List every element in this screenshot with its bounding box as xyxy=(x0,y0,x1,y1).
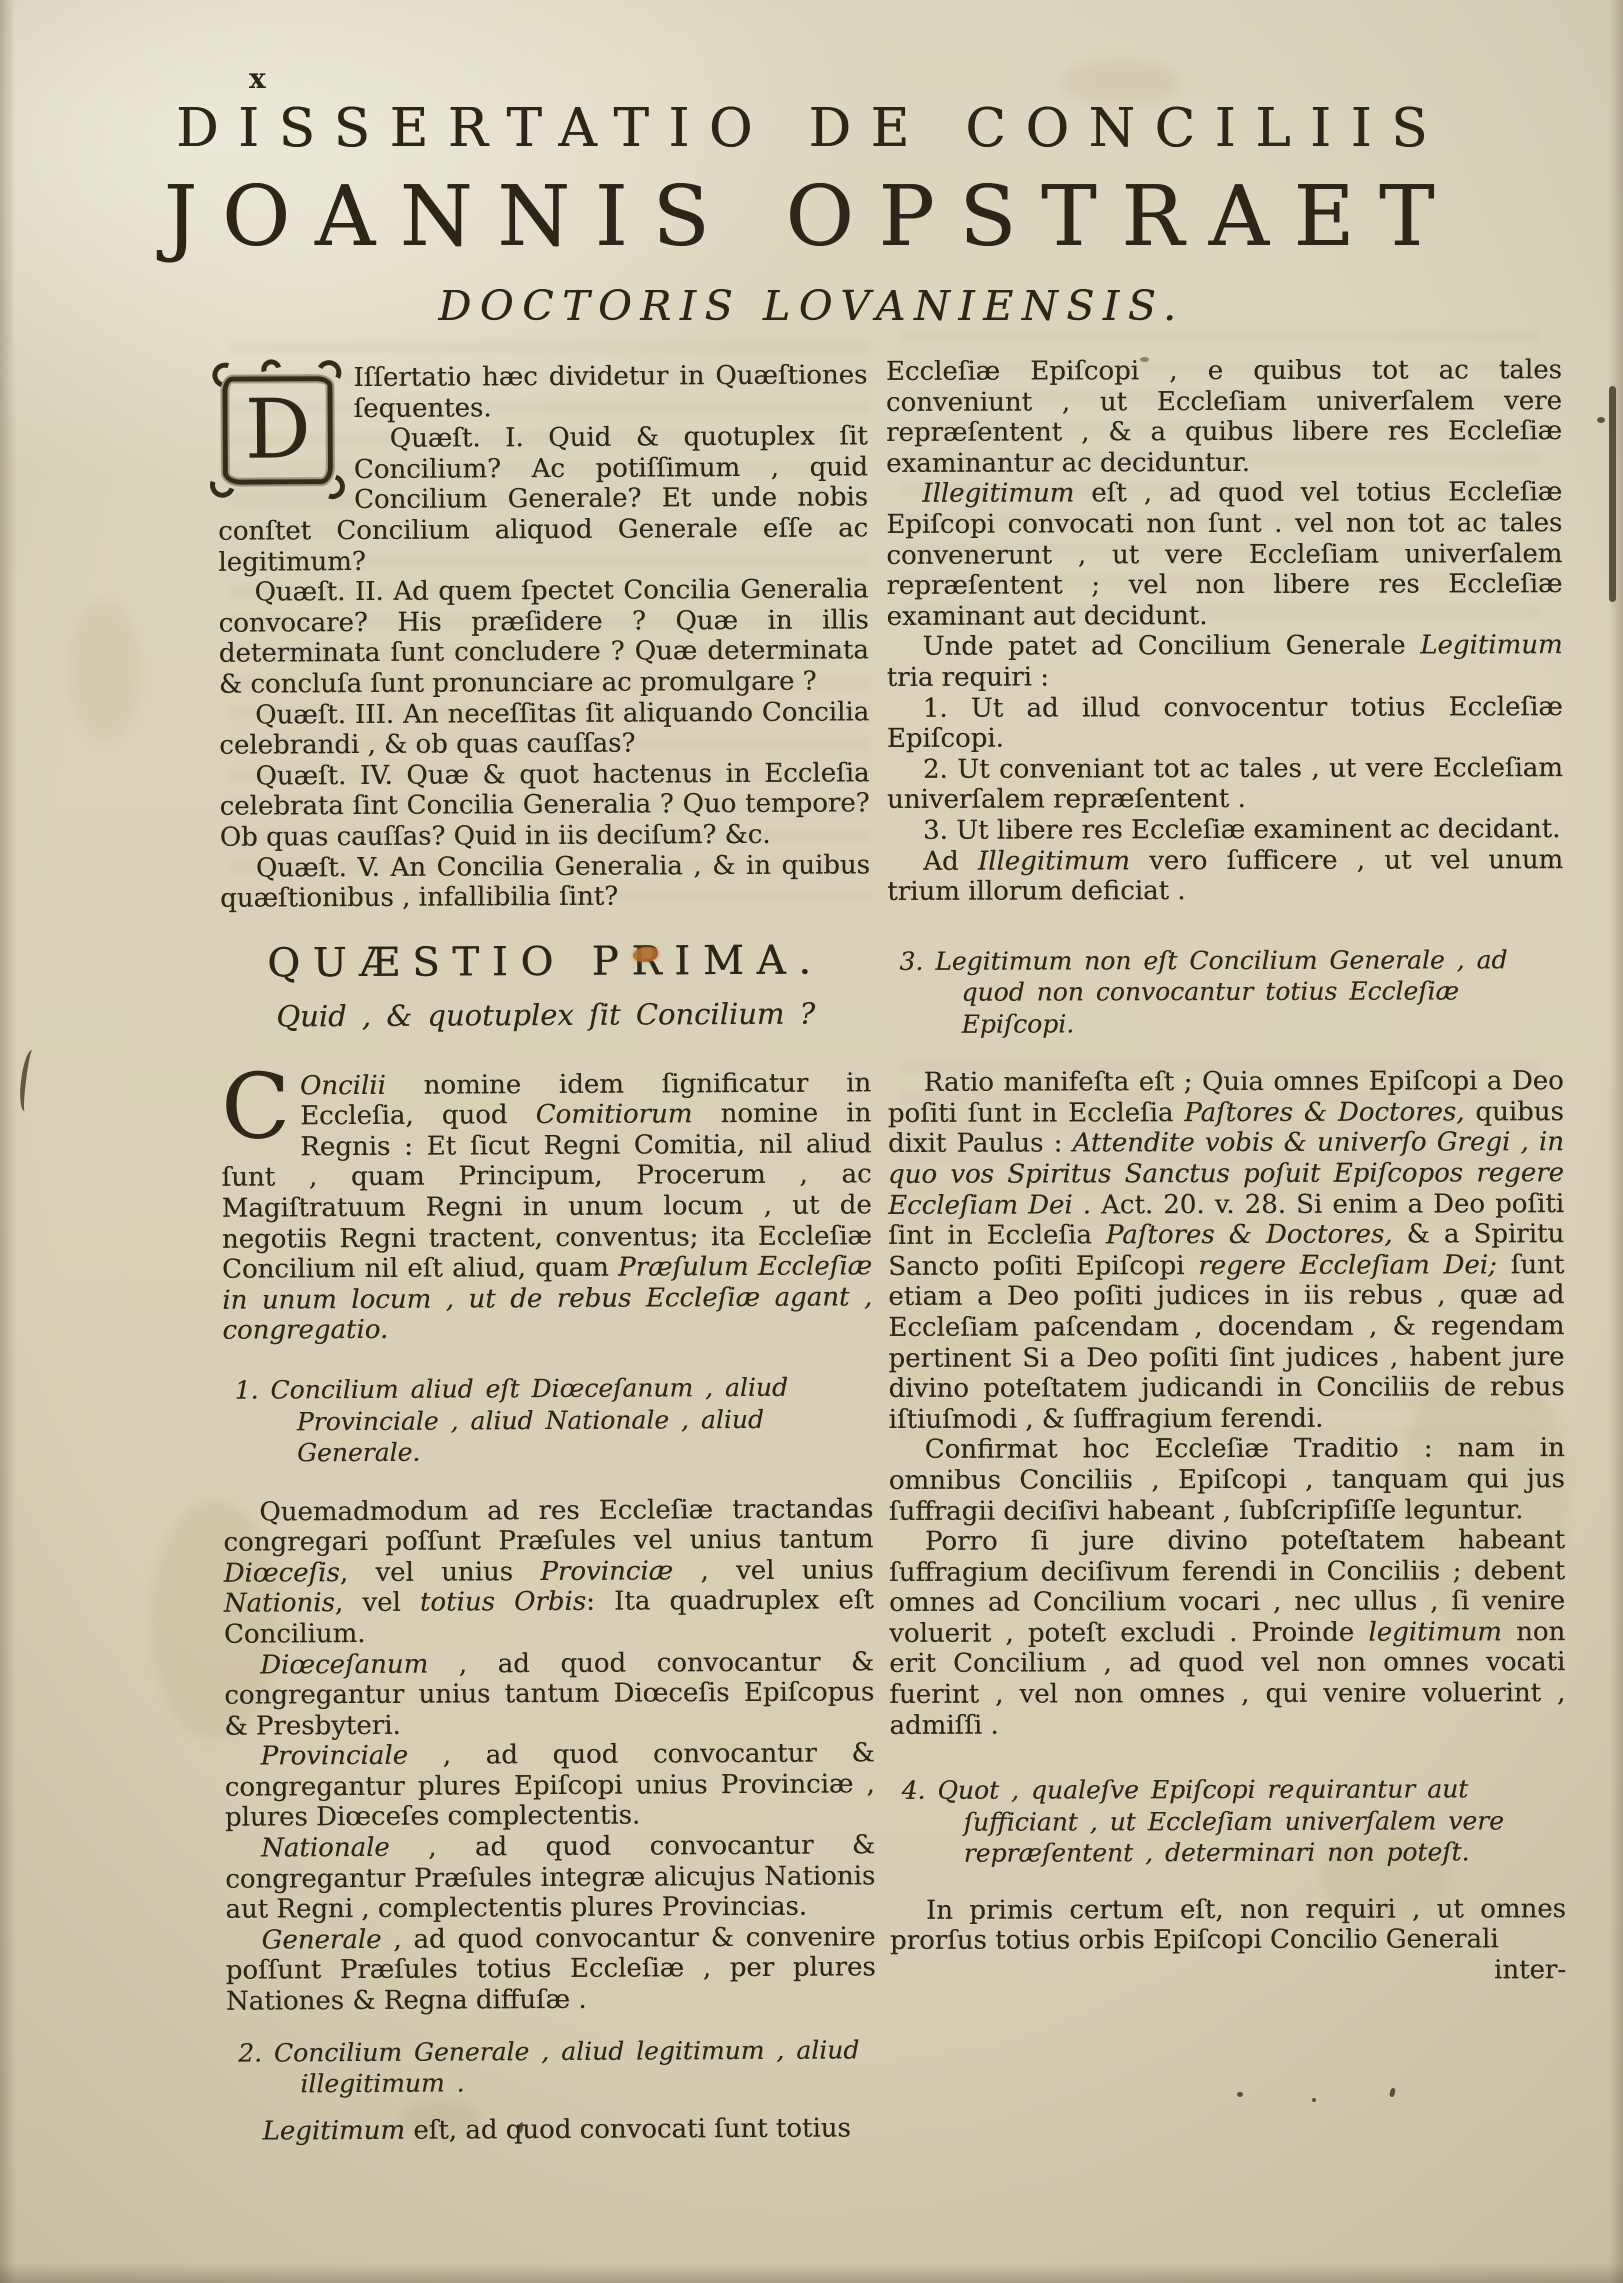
scan-edge-left xyxy=(0,0,16,2283)
list-item-requisite-2: 2. Ut conveniant tot ac tales , ut vere … xyxy=(887,753,1563,816)
paragraph-unde-patet: Unde patet ad Concilium Generale Legitim… xyxy=(887,630,1563,693)
series-title: DISSERTATIO DE CONCILIIS xyxy=(30,98,1593,159)
paragraph-ratio: Ratio manifeſta eſt ; Quia omnes Epiſcop… xyxy=(888,1066,1565,1435)
paragraph-quaest-2: Quæſt. II. Ad quem ſpectet Concilia Gene… xyxy=(218,574,869,700)
foxing-stain xyxy=(70,600,140,740)
paragraph-quaest-3: Quæſt. III. An neceſſitas ſit aliquando … xyxy=(219,697,869,762)
signature-mark: x xyxy=(249,62,267,95)
paragraph-nationale: Nationale , ad quod convocantur & congre… xyxy=(225,1830,875,1925)
ink-speck xyxy=(1312,2098,1316,2102)
ornamental-drop-cap-frame: D xyxy=(217,371,338,490)
paragraph-porro: Porro ſi jure divino poteſtatem habeant … xyxy=(889,1525,1566,1741)
paragraph-legitimum: Legitimum eſt, ad quod convocati ſunt to… xyxy=(227,2113,877,2147)
numbered-heading-1: 1. Concilium aliud eſt Diœceſanum , aliu… xyxy=(223,1371,873,1469)
list-item-requisite-3: 3. Ut libere res Eccleſiæ examinent ac d… xyxy=(887,814,1563,846)
paragraph-confirmat: Confirmat hoc Eccleſiæ Traditio : nam in… xyxy=(889,1433,1565,1527)
scanned-book-page: x DISSERTATIO DE CONCILIIS JOANNIS OPSTR… xyxy=(0,0,1623,2283)
section-heading: QUÆSTIO PRIMA. xyxy=(220,937,870,986)
paragraph-concilii-text: Oncilii nomine idem ſignificatur in Eccl… xyxy=(222,1068,873,1346)
paragraph-continuation: Eccleſiæ Epiſcopi , e quibus tot ac tale… xyxy=(886,355,1562,479)
paragraph-provinciale: Provinciale , ad quod convocantur & cong… xyxy=(225,1739,875,1834)
paragraph-in-primis: In primis certum eſt, non requiri , ut o… xyxy=(890,1894,1566,1957)
author-title: JOANNIS OPSTRAET xyxy=(10,168,1613,265)
margin-ink-mark xyxy=(17,1049,42,1113)
section-subtitle: Quid , & quotuplex ſit Concilium ? xyxy=(221,996,871,1033)
left-column: D Iſſertatio hæc dividetur in Quæſtiones… xyxy=(217,360,876,2147)
right-column: Eccleſiæ Epiſcopi , e quibus tot ac tale… xyxy=(886,355,1566,1987)
ink-speck xyxy=(1597,417,1605,423)
doctor-subtitle: DOCTORIS LOVANIENSIS. xyxy=(30,282,1593,330)
paragraph-ad-illegitimum: Ad Illegitimum vero ſufficere , ut vel u… xyxy=(887,845,1563,908)
numbered-heading-2: 2. Concilium Generale , aliud legitimum … xyxy=(226,2034,876,2100)
ink-speck xyxy=(1237,2092,1243,2097)
paragraph-illegitimum: Illegitimum eſt , ad quod vel totius Ecc… xyxy=(886,477,1562,632)
catchword: inter- xyxy=(890,1955,1566,1987)
drop-cap-letter-c: C xyxy=(221,1071,300,1135)
paragraph-concilii: COncilii nomine idem ſignificatur in Ecc… xyxy=(221,1068,872,1347)
paragraph-quemadmodum: Quemadmodum ad res Eccleſiæ tractandas c… xyxy=(223,1494,874,1650)
drop-cap-letter-d: D xyxy=(217,371,338,490)
numbered-heading-4: 4. Quot , qualeſve Epiſcopi requirantur … xyxy=(890,1773,1566,1869)
list-item-requisite-1: 1. Ut ad illud convocentur totius Eccleſ… xyxy=(887,692,1563,755)
paragraph-generale: Generale , ad quod convocantur & conveni… xyxy=(226,1922,876,2017)
ink-speck xyxy=(1389,2088,1396,2098)
scan-edge-artifact xyxy=(1609,386,1616,602)
numbered-heading-3: 3. Legitimum non eſt Concilium Generale … xyxy=(887,944,1563,1040)
ink-speck xyxy=(1140,357,1149,362)
paragraph-quaest-5: Quæſt. V. An Concilia Generalia , & in q… xyxy=(220,850,870,915)
paragraph-dioecesanum: Diœceſanum , ad quod convocantur & congr… xyxy=(224,1647,874,1742)
scan-edge-right xyxy=(1609,0,1623,2283)
paragraph-quaest-4: Quæſt. IV. Quæ & quot hactenus in Eccleſ… xyxy=(219,758,869,853)
scan-edge-bottom xyxy=(0,2263,1623,2283)
